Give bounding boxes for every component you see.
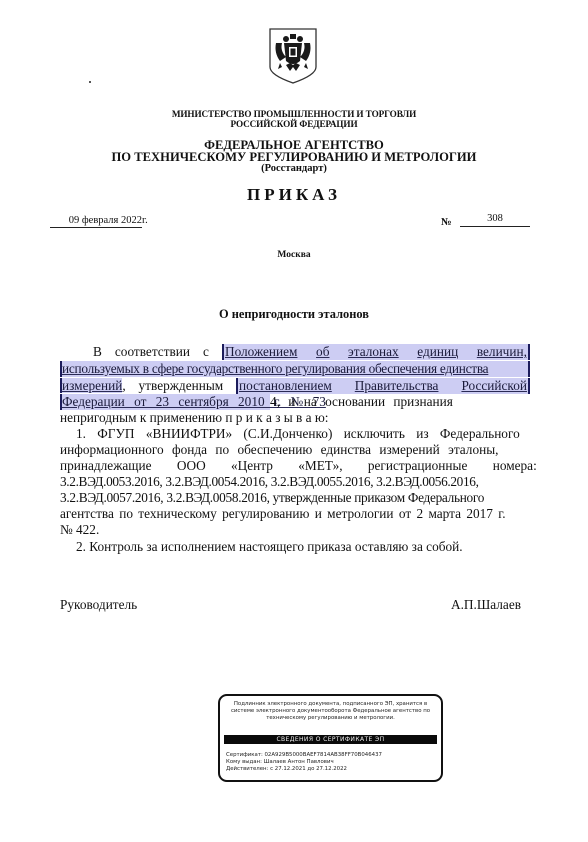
ministry-name-line1: МИНИСТЕРСТВО ПРОМЫШЛЕННОСТИ И ТОРГОВЛИ: [0, 109, 588, 119]
link-word[interactable]: величин,: [477, 344, 527, 360]
number-sign: №: [441, 217, 452, 229]
text: с: [203, 344, 209, 360]
paragraph-2-line-7: № 422.: [60, 522, 530, 538]
ministry-name-line2: РОССИЙСКОЙ ФЕДЕРАЦИИ: [0, 119, 588, 129]
paragraph-2-line-6: агентства по техническому регулированию …: [60, 506, 530, 522]
link-word[interactable]: Положением: [225, 344, 298, 360]
resolution-link[interactable]: постановлением Правительства Российской: [236, 378, 530, 394]
scan-artifact: [89, 81, 91, 83]
paragraph-2-line-3: принадлежащие ООО «Центр «МЕТ», регистра…: [60, 458, 530, 474]
agency-abbreviation: (Росстандарт): [0, 163, 588, 174]
order-date: 09 февраля 2022: [50, 215, 142, 228]
regulation-link[interactable]: Положением об эталонах единиц величин,: [222, 344, 530, 360]
link-word[interactable]: постановлением: [239, 378, 332, 394]
stamp-description: Подлинник электронного документа, подпис…: [224, 701, 437, 722]
text: 4, и на основании признания: [270, 394, 453, 409]
text: В: [93, 344, 102, 360]
link-word[interactable]: об: [316, 344, 329, 360]
order-date-suffix: г.: [142, 215, 148, 227]
stamp-certificate-header: СВЕДЕНИЯ О СЕРТИФИКАТЕ ЭП: [224, 735, 437, 744]
text: соответствии: [115, 344, 190, 360]
signer-name: А.П.Шалаев: [451, 597, 521, 613]
city: Москва: [0, 250, 588, 260]
resolution-link-cont[interactable]: Федерации от 23 сентября 2010 г. № 73: [60, 394, 270, 410]
stamp-certificate-validity: Действителен: с 27.12.2021 до 27.12.2022: [226, 766, 347, 773]
paragraph-1-line-3: измерений, утвержденным постановлением П…: [60, 378, 530, 394]
paragraph-2-line-4: 3.2.ВЭД.0053.2016, 3.2.ВЭД.0054.2016, 3.…: [60, 474, 530, 490]
document-title: ПРИКАЗ: [0, 185, 588, 205]
link-word[interactable]: эталонах: [348, 344, 399, 360]
stamp-certificate-owner: Кому выдан: Шалаев Антон Павлович: [226, 759, 334, 766]
russian-coat-of-arms-icon: [266, 27, 320, 85]
document-subject: О непригодности эталонов: [0, 307, 588, 322]
regulation-link-end[interactable]: измерений: [60, 378, 122, 393]
regulation-link-cont[interactable]: используемых в сфере государственного ре…: [60, 361, 530, 377]
paragraph-2-line-1: 1. ФГУП «ВНИИФТРИ» (С.И.Донченко) исключ…: [60, 426, 530, 442]
link-word[interactable]: единиц: [417, 344, 458, 360]
paragraph-3-line-1: 2. Контроль за исполнением настоящего пр…: [60, 539, 546, 555]
paragraph-1-line-1: В соответствии с Положением об эталонах …: [60, 344, 530, 360]
paragraph-2-line-2: информационного фонда по обеспечению еди…: [60, 442, 530, 458]
paragraph-1-line-5: непригодным к применению п р и к а з ы в…: [60, 410, 530, 426]
link-word[interactable]: Российской: [461, 378, 527, 394]
paragraph-1-line-2: используемых в сфере государственного ре…: [60, 361, 530, 377]
text: утвержденным: [139, 378, 224, 394]
stamp-certificate-id: Сертификат: 02A929B5000BAEF7814AB38FF70B…: [226, 752, 382, 759]
electronic-signature-stamp: Подлинник электронного документа, подпис…: [218, 694, 443, 782]
link-word[interactable]: Правительства: [355, 378, 439, 394]
paragraph-1-line-4: Федерации от 23 сентября 2010 г. № 734, …: [60, 394, 530, 410]
order-number: 308: [460, 212, 530, 227]
paragraph-2-line-5: 3.2.ВЭД.0057.2016, 3.2.ВЭД.0058.2016, ут…: [60, 490, 530, 506]
signer-title: Руководитель: [60, 597, 137, 613]
